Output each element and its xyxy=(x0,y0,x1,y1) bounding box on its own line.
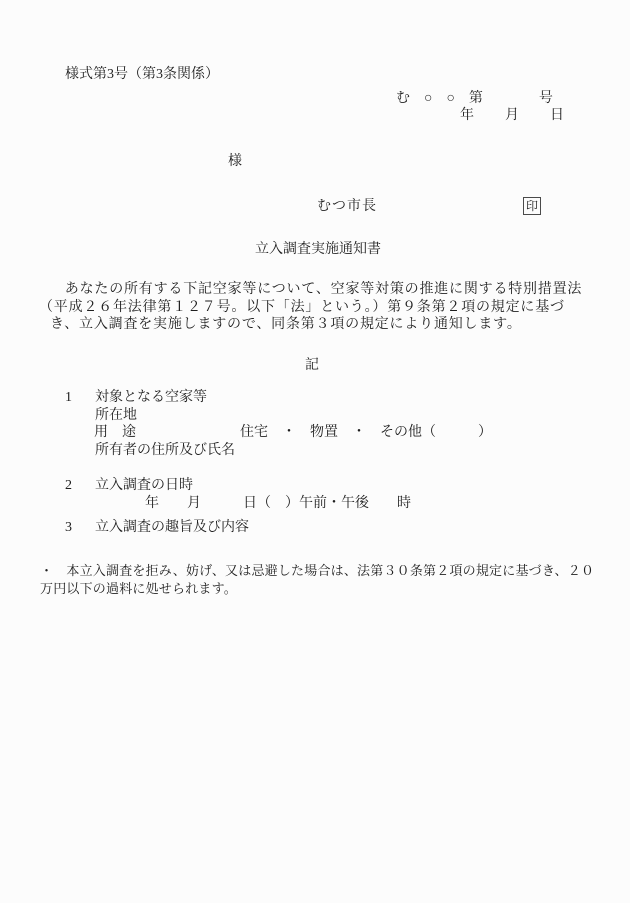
item-1-label: 対象となる空家等 xyxy=(95,389,207,406)
item-2-label: 立入調査の日時 xyxy=(95,477,193,494)
item-1-usage-options: 住宅 ・ 物置 ・ その他（ ） xyxy=(240,424,492,441)
body-paragraph-line-3: き、立入調査を実施しますので、同条第３項の規定により通知します。 xyxy=(50,316,522,333)
form-number-label: 様式第3号（第3条関係） xyxy=(65,66,219,83)
item-1-usage-label: 用 途 xyxy=(94,424,136,441)
item-3-label: 立入調査の趣旨及び内容 xyxy=(95,519,249,536)
document-date-line: 年 月 日 xyxy=(460,107,565,124)
sender-title: むつ市長 xyxy=(317,198,377,215)
item-1-owner-label: 所有者の住所及び氏名 xyxy=(95,442,235,459)
record-marker: 記 xyxy=(305,357,319,374)
document-number-line: む ○ ○ 第 号 xyxy=(396,90,553,107)
penalty-note-line-1: ・ 本立入調査を拒み、妨げ、又は忌避した場合は、法第３０条第２項の規定に基づき、… xyxy=(40,562,594,579)
item-1-number: 1 xyxy=(65,389,72,406)
body-paragraph-line-2: （平成２６年法律第１２７号。以下「法」という。）第９条第２項の規定に基づ xyxy=(39,299,565,316)
item-1-location-label: 所在地 xyxy=(95,407,137,424)
document-title: 立入調査実施通知書 xyxy=(255,241,381,258)
seal-stamp: 印 xyxy=(523,197,541,215)
body-paragraph-line-1: あなたの所有する下記空家等について、空家等対策の推進に関する特別措置法 xyxy=(50,281,582,298)
item-2-datetime-blank-line: 年 月 日（ ）午前・午後 時 xyxy=(145,495,411,512)
item-3-number: 3 xyxy=(65,519,72,536)
item-2-number: 2 xyxy=(65,477,72,494)
penalty-note-line-2: 万円以下の過料に処せられます。 xyxy=(40,580,237,597)
addressee-honorific: 様 xyxy=(228,153,242,170)
notice-document-page: 様式第3号（第3条関係） む ○ ○ 第 号 年 月 日 様 むつ市長 印 立入… xyxy=(0,0,630,903)
seal-character: 印 xyxy=(526,200,538,212)
